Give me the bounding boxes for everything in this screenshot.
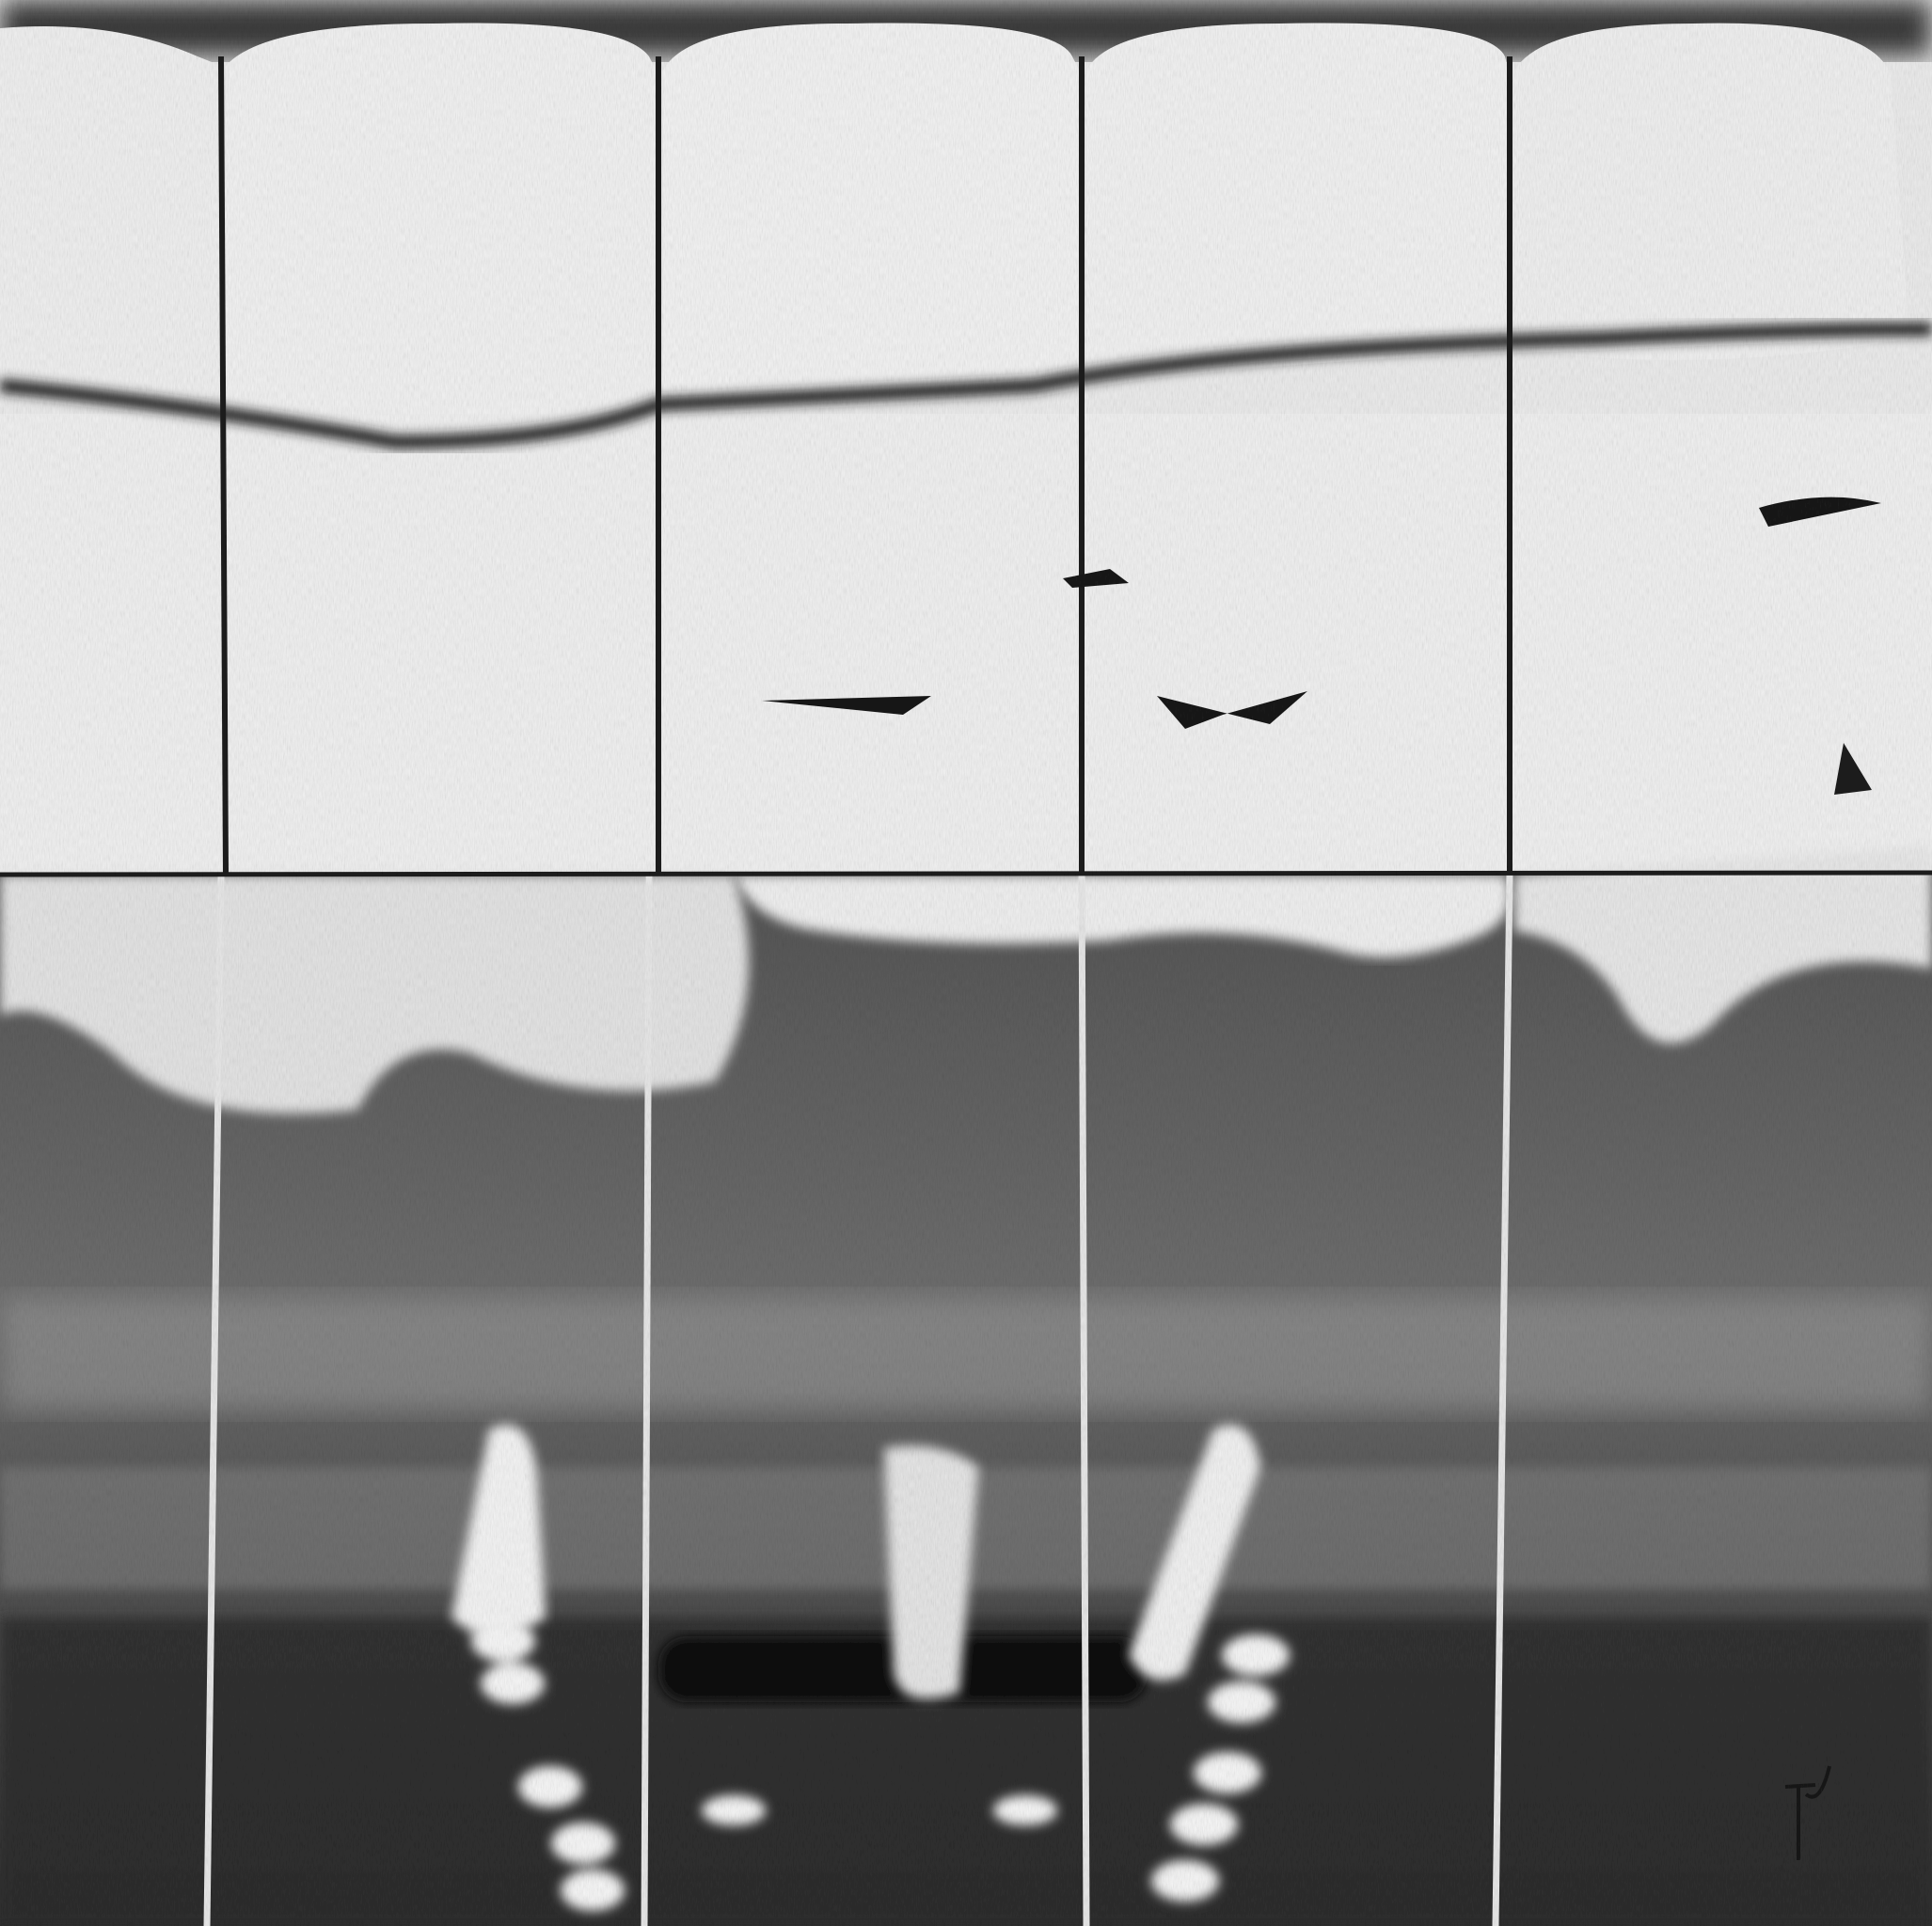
charcoal-drawing <box>0 0 1932 1926</box>
